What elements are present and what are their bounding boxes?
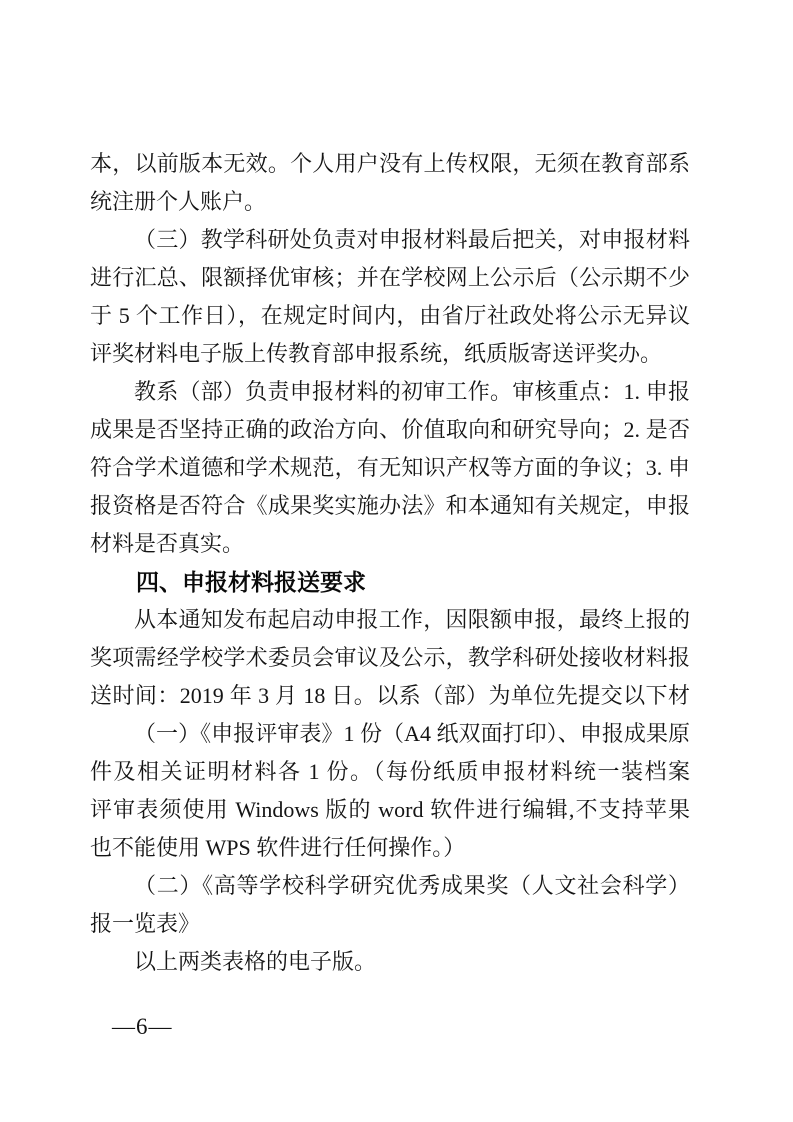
text-line: 材料是否真实。 (90, 525, 690, 563)
document-body: 本，以前版本无效。个人用户没有上传权限，无须在教育部系 统注册个人账户。 （三）… (90, 145, 690, 981)
text-line: 评审表须使用 Windows 版的 word 软件进行编辑,不支持苹果 Mac, (90, 791, 690, 829)
text-line: 报资格是否符合《成果奖实施办法》和本通知有关规定，申报 (90, 487, 690, 525)
text-line: 进行汇总、限额择优审核；并在学校网上公示后（公示期不少 (90, 259, 690, 297)
text-line: 奖项需经学校学术委员会审议及公示，教学科研处接收材料报 (90, 639, 690, 677)
document-page: 本，以前版本无效。个人用户没有上传权限，无须在教育部系 统注册个人账户。 （三）… (0, 0, 793, 1122)
text-line: 送时间：2019 年 3 月 18 日。以系（部）为单位先提交以下材料 (90, 677, 690, 715)
page-number: —6— (112, 1012, 173, 1042)
text-line: 教系（部）负责申报材料的初审工作。审核重点：1. 申报 (90, 373, 690, 411)
text-line: 成果是否坚持正确的政治方向、价值取向和研究导向；2. 是否 (90, 411, 690, 449)
text-line: 符合学术道德和学术规范，有无知识产权等方面的争议；3. 申 (90, 449, 690, 487)
text-line: （二）《高等学校科学研究优秀成果奖（人文社会科学）申 (90, 867, 690, 905)
text-line: 本，以前版本无效。个人用户没有上传权限，无须在教育部系 (90, 145, 690, 183)
text-line: 以上两类表格的电子版。 (90, 943, 690, 981)
text-line: 评奖材料电子版上传教育部申报系统，纸质版寄送评奖办。 (90, 335, 690, 373)
text-line: （一）《申报评审表》1 份（A4 纸双面打印）、申报成果原 (90, 715, 690, 753)
text-line: 从本通知发布起启动申报工作，因限额申报，最终上报的 (90, 601, 690, 639)
section-heading: 四、申报材料报送要求 (90, 563, 690, 601)
text-line: 统注册个人账户。 (90, 183, 690, 221)
text-line: （三）教学科研处负责对申报材料最后把关，对申报材料 (90, 221, 690, 259)
text-line: 件及相关证明材料各 1 份。（每份纸质申报材料统一装档案袋。 (90, 753, 690, 791)
text-line: 也不能使用 WPS 软件进行任何操作。） (90, 829, 690, 867)
text-line: 报一览表》 (90, 905, 690, 943)
text-line: 于 5 个工作日），在规定时间内，由省厅社政处将公示无异议的 (90, 297, 690, 335)
